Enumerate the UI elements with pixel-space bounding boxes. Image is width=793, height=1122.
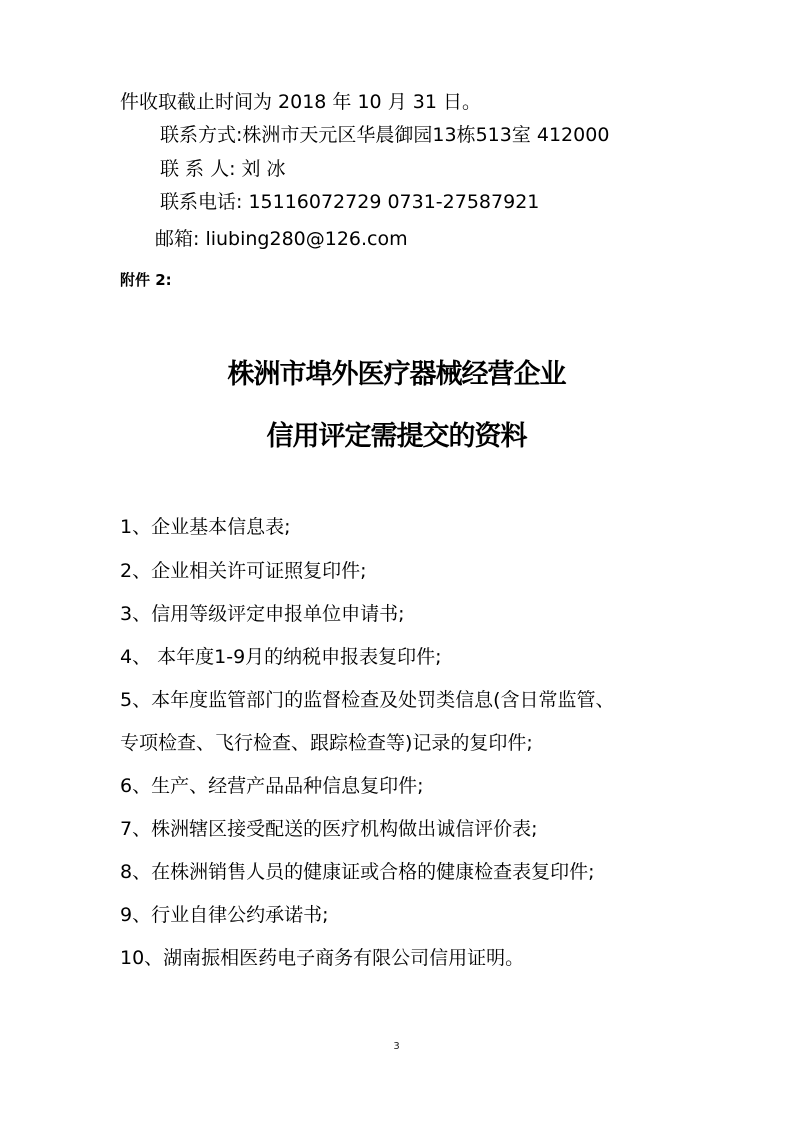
list-item: 9、行业自律公约承诺书; <box>120 903 329 927</box>
contact-person: 联 系 人: 刘 冰 <box>160 157 286 181</box>
contact-phone: 联系电话: 15116072729 0731-27587921 <box>160 190 539 214</box>
list-item: 4、 本年度1-9月的纳税申报表复印件; <box>120 645 442 669</box>
list-item: 8、在株洲销售人员的健康证或合格的健康检查表复印件; <box>120 860 595 884</box>
page-number: 3 <box>0 1041 793 1053</box>
list-item: 2、企业相关许可证照复印件; <box>120 559 367 583</box>
list-item: 10、湖南振相医药电子商务有限公司信用证明。 <box>120 946 524 970</box>
list-item-continuation: 专项检查、飞行检查、跟踪检查等)记录的复印件; <box>120 731 533 755</box>
document-title-line-2: 信用评定需提交的资料 <box>0 420 793 454</box>
list-item: 3、信用等级评定申报单位申请书; <box>120 602 405 626</box>
list-item: 5、本年度监管部门的监督检查及处罚类信息(含日常监管、 <box>120 688 615 712</box>
document-page: 件收取截止时间为 2018 年 10 月 31 日。 联系方式:株洲市天元区华晨… <box>0 0 793 1122</box>
document-title-line-1: 株洲市埠外医疗器械经营企业 <box>0 358 793 392</box>
list-item: 6、生产、经营产品品种信息复印件; <box>120 774 424 798</box>
list-item: 7、株洲辖区接受配送的医疗机构做出诚信评价表; <box>120 817 538 841</box>
contact-email: 邮箱: liubing280@126.com <box>155 227 408 251</box>
deadline-text: 件收取截止时间为 2018 年 10 月 31 日。 <box>120 90 481 114</box>
contact-address: 联系方式:株洲市天元区华晨御园13栋513室 412000 <box>160 123 609 147</box>
list-item: 1、企业基本信息表; <box>120 515 291 539</box>
attachment-label: 附件 2: <box>120 270 172 290</box>
